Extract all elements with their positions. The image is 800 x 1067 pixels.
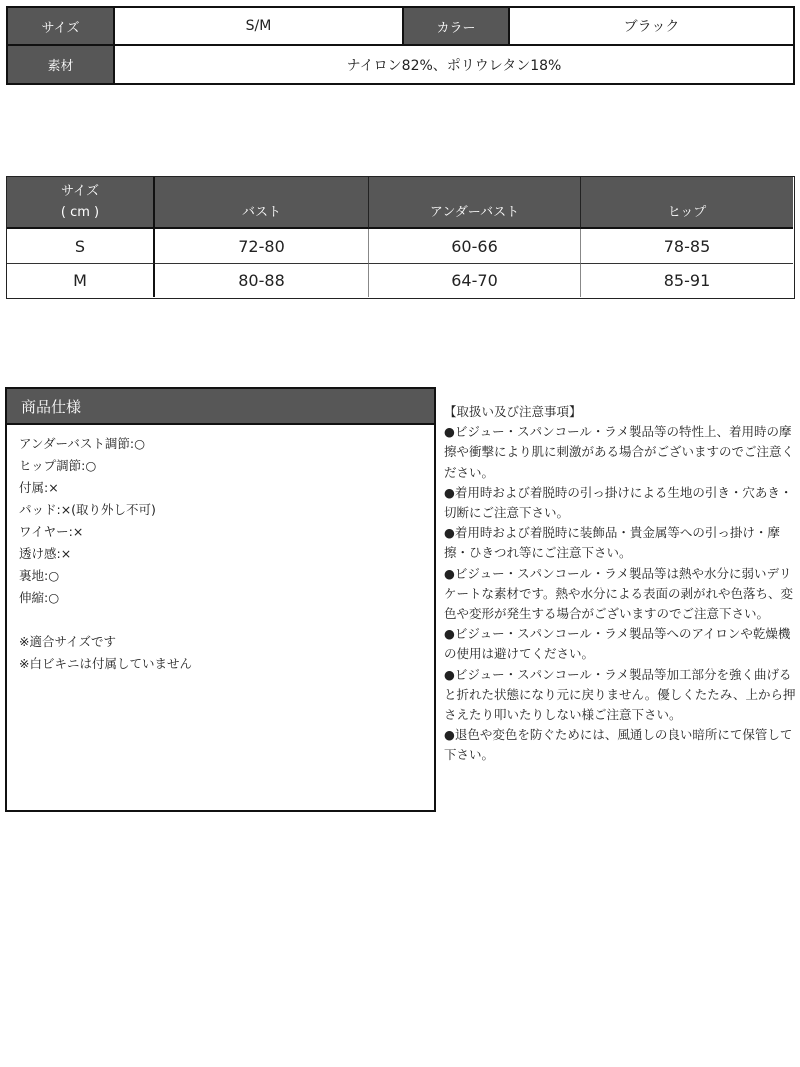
row-m-underbust: 64-70	[369, 264, 581, 297]
care-note-item: ●退色や変色を防ぐためには、風通しの良い暗所にて保管して下さい。	[444, 725, 796, 765]
material-label: 素材	[8, 46, 115, 83]
spec-title: 商品仕様	[7, 389, 434, 425]
care-note-item: ●ビジュー・スパンコール・ラメ製品等の特性上、着用時の摩擦や衝撃により肌に刺激が…	[444, 422, 796, 483]
row-s-size: S	[7, 229, 155, 264]
spec-list: アンダーバスト調節:○ ヒップ調節:○ 付属:× パッド:×(取り外し不可) ワ…	[7, 425, 434, 675]
row-s-bust: 72-80	[155, 229, 369, 264]
spec-line: ヒップ調節:○	[19, 455, 434, 477]
color-value: ブラック	[510, 8, 793, 46]
spec-line: 透け感:×	[19, 543, 434, 565]
row-s-hip: 78-85	[581, 229, 793, 264]
care-note-item: ●ビジュー・スパンコール・ラメ製品等は熱や水分に弱いデリケートな素材です。熱や水…	[444, 564, 796, 625]
care-notes-title: 【取扱い及び注意事項】	[444, 402, 796, 422]
spec-line	[19, 609, 434, 631]
product-spec-box: 商品仕様 アンダーバスト調節:○ ヒップ調節:○ 付属:× パッド:×(取り外し…	[5, 387, 436, 812]
size-column-header: サイズ ( cm )	[7, 177, 155, 229]
spec-note: ※白ビキニは付属していません	[19, 653, 434, 675]
spec-line: アンダーバスト調節:○	[19, 433, 434, 455]
care-note-item: ●ビジュー・スパンコール・ラメ製品等へのアイロンや乾燥機の使用は避けてください。	[444, 624, 796, 664]
care-notes: 【取扱い及び注意事項】 ●ビジュー・スパンコール・ラメ製品等の特性上、着用時の摩…	[444, 402, 796, 766]
care-note-item: ●ビジュー・スパンコール・ラメ製品等加工部分を強く曲げると折れた状態になり元に戻…	[444, 665, 796, 726]
product-info-table: サイズ S/M カラー ブラック 素材 ナイロン82%、ポリウレタン18%	[6, 6, 795, 85]
spec-line: パッド:×(取り外し不可)	[19, 499, 434, 521]
size-label: サイズ	[8, 8, 115, 46]
bust-column-header: バスト	[155, 177, 369, 229]
spec-note: ※適合サイズです	[19, 631, 434, 653]
row-s-underbust: 60-66	[369, 229, 581, 264]
hip-column-header: ヒップ	[581, 177, 793, 229]
size-chart-table: サイズ ( cm ) バスト アンダーバスト ヒップ S 72-80 60-66…	[6, 176, 795, 299]
row-m-size: M	[7, 264, 155, 297]
underbust-column-header: アンダーバスト	[369, 177, 581, 229]
spec-line: 伸縮:○	[19, 587, 434, 609]
care-note-item: ●着用時および着脱時に装飾品・貴金属等への引っ掛け・摩擦・ひきつれ等にご注意下さ…	[444, 523, 796, 563]
spec-line: 付属:×	[19, 477, 434, 499]
size-header-unit: ( cm )	[61, 202, 99, 223]
spec-line: 裏地:○	[19, 565, 434, 587]
care-note-item: ●着用時および着脱時の引っ掛けによる生地の引き・穴あき・切断にご注意下さい。	[444, 483, 796, 523]
size-value: S/M	[115, 8, 402, 46]
color-label: カラー	[402, 8, 510, 46]
material-value: ナイロン82%、ポリウレタン18%	[115, 46, 793, 83]
row-m-bust: 80-88	[155, 264, 369, 297]
row-m-hip: 85-91	[581, 264, 793, 297]
spec-line: ワイヤー:×	[19, 521, 434, 543]
size-header-label: サイズ	[61, 181, 99, 202]
